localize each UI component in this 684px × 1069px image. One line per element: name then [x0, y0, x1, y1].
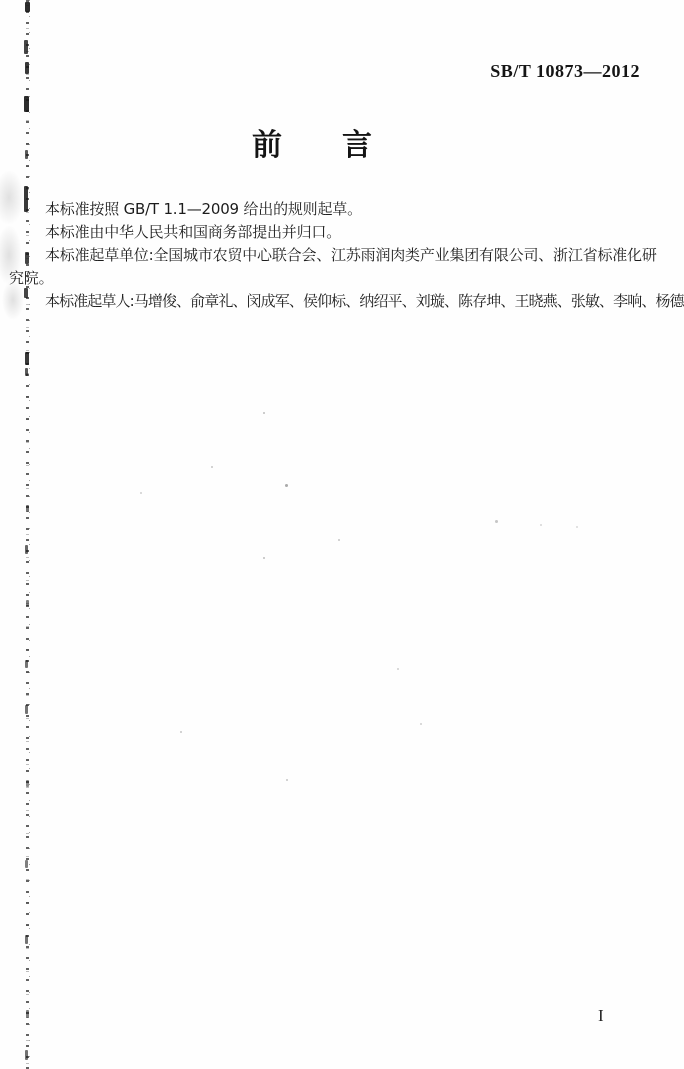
page-title: 前 言	[252, 131, 372, 161]
foreword-line-drafting-units: 本标准起草单位:全国城市农贸中心联合会、江苏雨润肉类产业集团有限公司、浙江省标准…	[45, 247, 657, 264]
foreword-line-drafting-units-continued: 究院。	[9, 270, 53, 287]
scan-speck	[338, 539, 340, 541]
title-char-right: 言	[342, 131, 372, 161]
scan-speck	[263, 557, 265, 559]
scan-speck	[540, 524, 542, 526]
scan-ink-mark	[25, 545, 28, 554]
standard-code-header: SB/T 10873—2012	[490, 61, 640, 82]
scan-ink-mark	[25, 935, 28, 944]
foreword-line-drafters: 本标准起草人:马增俊、俞章礼、闵成军、侯仰标、纳绍平、刘璇、陈存坤、王晓燕、张敏…	[45, 293, 684, 310]
scan-ink-mark	[25, 150, 28, 159]
scan-edge-artifact	[29, 0, 30, 1069]
scan-ink-mark	[25, 62, 29, 74]
scan-speck	[285, 484, 288, 487]
scan-speck	[180, 731, 182, 733]
scan-ink-mark	[24, 288, 28, 298]
scan-speck	[211, 466, 213, 468]
scan-ink-mark	[24, 186, 28, 212]
scan-ink-mark	[24, 40, 28, 54]
scan-ink-mark	[25, 1050, 28, 1060]
scan-ink-mark	[24, 96, 29, 112]
scan-ink-mark	[25, 252, 29, 264]
scan-ink-mark	[25, 368, 28, 376]
scan-ink-mark	[26, 780, 29, 787]
scan-speck	[397, 668, 399, 670]
scan-speck	[495, 520, 498, 523]
title-char-left: 前	[252, 131, 282, 161]
scan-ink-mark	[25, 860, 28, 868]
scan-speck	[576, 526, 578, 528]
scan-ink-mark	[25, 705, 28, 714]
foreword-line-drafting-rules: 本标准按照 GB/T 1.1—2009 给出的规则起草。	[45, 201, 362, 218]
scan-ink-mark	[26, 1010, 29, 1018]
scan-ink-mark	[25, 2, 30, 12]
scan-smudge	[0, 170, 24, 225]
scan-ink-mark	[26, 505, 29, 512]
scan-speck	[420, 723, 422, 725]
scan-speck	[286, 779, 288, 781]
page-number: I	[598, 1006, 604, 1026]
foreword-line-proposing-body: 本标准由中华人民共和国商务部提出并归口。	[45, 224, 341, 241]
scan-speck	[263, 412, 265, 414]
scan-ink-mark	[25, 352, 29, 365]
scan-speck	[140, 492, 142, 494]
scan-ink-mark	[25, 660, 28, 668]
scan-ink-mark	[26, 600, 29, 606]
scanned-document-page: SB/T 10873—2012 前 言 本标准按照 GB/T 1.1—2009 …	[0, 0, 684, 1069]
